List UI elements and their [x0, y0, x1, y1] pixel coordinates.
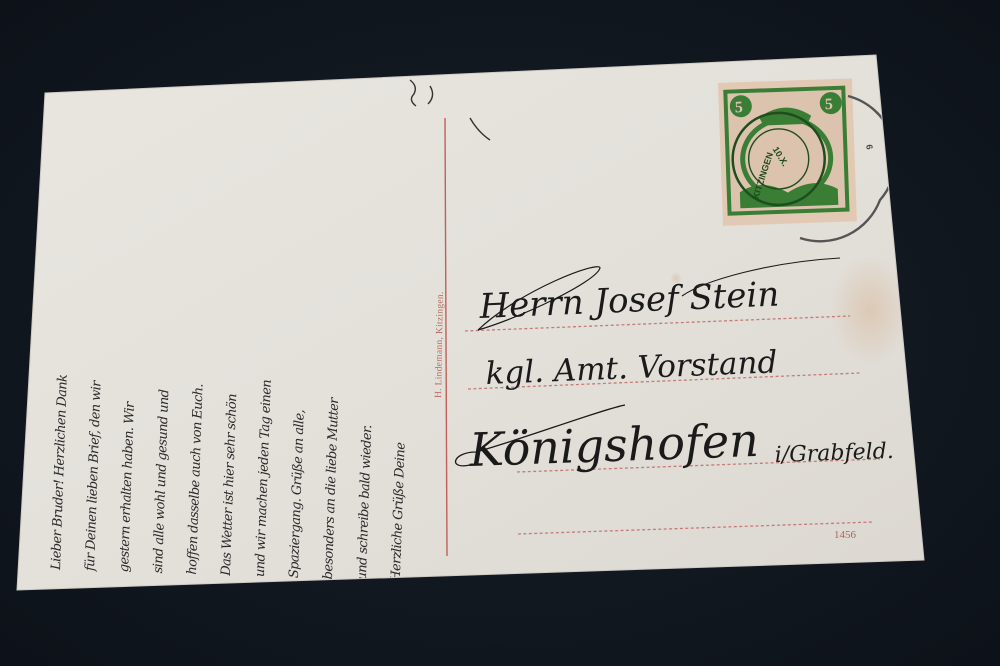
postage-stamp: 5 5 KITZINGEN 10.X.: [716, 76, 859, 228]
address-line3-suffix: i/Grabfeld.: [774, 439, 894, 468]
publisher-imprint: H. Lindemann, Kitzingen.: [434, 291, 446, 398]
stamp-denomination-left: 5: [735, 99, 744, 116]
card-number: 1456: [834, 529, 857, 541]
address-line3: Königshofen: [467, 413, 759, 477]
stamp-denomination-right: 5: [825, 96, 834, 113]
postcard-photo: H. Lindemann, Kitzingen. 1456 Herrn Jose…: [0, 0, 1000, 666]
